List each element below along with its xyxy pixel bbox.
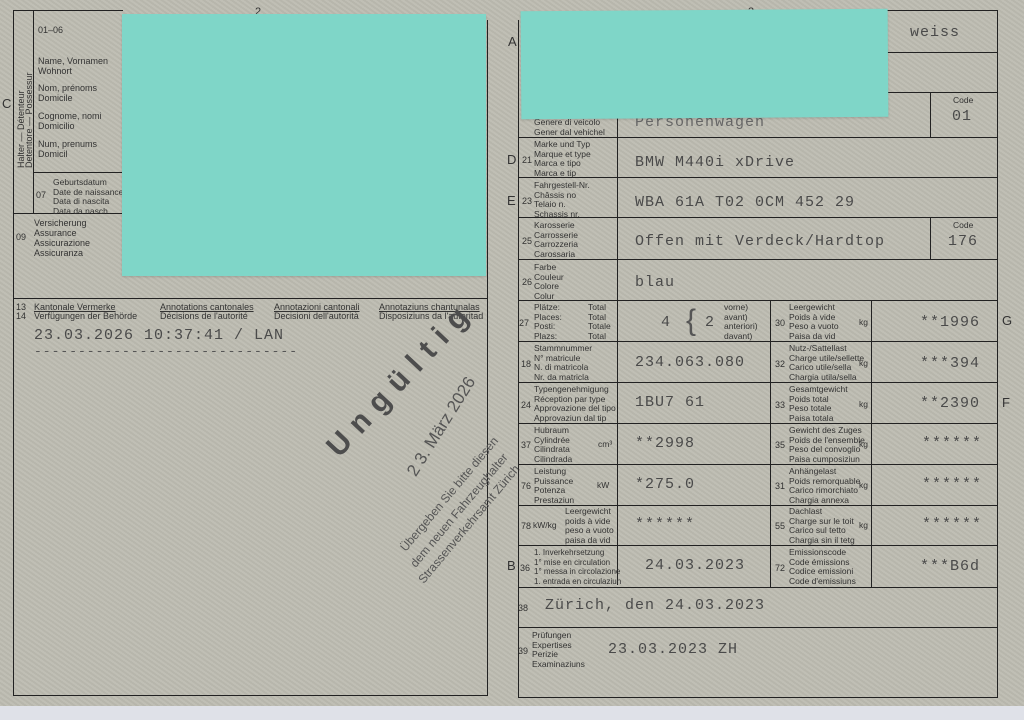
code-divider	[930, 217, 931, 259]
field-07-number: 07	[36, 190, 46, 200]
field-35-number: 35	[775, 440, 785, 450]
right-frame	[518, 697, 997, 698]
left-frame	[487, 20, 488, 696]
field-37-unit: cm³	[598, 440, 612, 450]
field-24-value: 1BU7 61	[635, 394, 705, 411]
right-frame	[887, 10, 997, 11]
field-33-number: 33	[775, 400, 785, 410]
field-24-labels: TypengenehmigungRéception par type Appro…	[534, 385, 616, 423]
field-39-number: 39	[518, 646, 528, 656]
name-label: Name, VornamenWohnort	[38, 56, 108, 76]
redaction-patch-left	[122, 14, 486, 276]
field-36-labels: 1. Inverkehrsetzung1° mise en circulatio…	[534, 548, 621, 586]
field-39-labels: PrüfungenExpertises PerizieExaminaziuns	[532, 631, 585, 669]
field-35-labels: Gewicht des ZugesPoids de l'ensemble Pes…	[789, 426, 865, 464]
field-32-labels: Nutz-/SattellastCharge utile/sellette Ca…	[789, 344, 864, 382]
field-27-number: 27	[519, 318, 529, 328]
field-30-number: 30	[775, 318, 785, 328]
field-09-number: 09	[16, 232, 26, 242]
field-23-value: WBA 61A T02 0CM 452 29	[635, 194, 855, 211]
row-divider	[518, 464, 997, 465]
field-76-value: *275.0	[635, 476, 695, 493]
field-30-labels: LeergewichtPoids à vide Peso a vuotoPais…	[789, 303, 839, 341]
row-divider	[518, 259, 997, 260]
field-27-front-value: 2	[705, 314, 715, 331]
field-27-labels: Plätze:Places: Posti:Plazs:	[534, 303, 562, 341]
field-01-06: 01–06	[38, 25, 63, 35]
field-07-divider	[33, 172, 123, 173]
background-strip	[0, 706, 1024, 720]
field-18-number: 18	[521, 359, 531, 369]
holder-vertical-label-2: Detentore — Possessur	[24, 72, 34, 168]
row-divider	[518, 382, 997, 383]
field-31-unit: kg	[859, 481, 868, 491]
marker-a: A	[508, 34, 517, 49]
field-21-number: 21	[522, 155, 532, 165]
field-37-number: 37	[521, 440, 531, 450]
field-14-label-fr: Décisions de l'autorité	[160, 311, 248, 321]
field-36-number: 36	[520, 563, 530, 573]
field-78-unit: kW/kg	[533, 521, 557, 531]
field-33-unit: kg	[859, 400, 868, 410]
field-27-value: 4	[661, 314, 671, 331]
row-divider	[518, 217, 997, 218]
field-78-value: ******	[635, 516, 695, 533]
field-27-front-labels: vorne)avant) anteriori)davant)	[724, 303, 758, 341]
field-18-labels: StammnummerN° matricule N. di matricolaN…	[534, 344, 592, 382]
field-39-value: 23.03.2023 ZH	[608, 641, 738, 658]
marker-g: G	[1002, 313, 1012, 328]
row-divider	[887, 92, 997, 93]
field-14-label-de: Verfügungen der Behörde	[34, 311, 137, 321]
right-frame	[518, 20, 519, 697]
field-72-number: 72	[775, 563, 785, 573]
field-30-value: **1996	[920, 314, 980, 331]
field-23-number: 23	[522, 196, 532, 206]
field-25-value: Offen mit Verdeck/Hardtop	[635, 233, 885, 250]
field-27-totals: TotalTotal TotaleTotal	[588, 303, 611, 341]
brace: {	[686, 304, 696, 338]
field-55-labels: DachlastCharge sur le toit Carico sul te…	[789, 507, 855, 545]
right-frame	[997, 10, 998, 698]
field-19-code: 01	[952, 108, 972, 125]
field-78-number: 78	[521, 521, 531, 531]
name-label-rm: Num, prenumsDomicil	[38, 139, 97, 159]
field-26-labels: FarbeCouleur ColoreColur	[534, 263, 564, 301]
row-divider	[887, 52, 997, 53]
row-divider	[518, 300, 997, 301]
row-divider	[518, 423, 997, 424]
field-31-number: 31	[775, 481, 785, 491]
row-divider	[518, 587, 997, 588]
field-25-labels: KarosserieCarrosserie CarrozzeriaCarossa…	[534, 221, 578, 259]
field-72-labels: EmissionscodeCode émissions Codice emiss…	[789, 548, 856, 586]
name-label-it: Cognome, nomiDomicilio	[38, 111, 102, 131]
row-divider	[518, 545, 997, 546]
row-divider	[518, 137, 997, 138]
field-32-number: 32	[775, 359, 785, 369]
field-32-unit: kg	[859, 359, 868, 369]
field-19-code-label: Code	[953, 96, 973, 106]
field-72-value: ***B6d	[920, 558, 980, 575]
field-33-value: **2390	[920, 395, 980, 412]
weights-column-divider	[770, 300, 771, 587]
field-36-value: 24.03.2023	[645, 557, 745, 574]
field-31-value: ******	[922, 476, 982, 493]
label-column-divider	[617, 95, 618, 585]
name-label-fr: Nom, prénomsDomicile	[38, 83, 97, 103]
field-19-labels: Genere di veicoloGener dal vehichel	[534, 118, 605, 137]
annotation-dashes: ------------------------------	[34, 344, 298, 359]
field-37-value: **2998	[635, 435, 695, 452]
field-76-labels: LeistungPuissance PotenzaPrestaziun	[534, 467, 574, 505]
field-55-value: ******	[922, 516, 982, 533]
field-07-labels: GeburtsdatumDate de naissance Data di na…	[53, 178, 123, 216]
field-23-labels: Fahrgestell-Nr.Châssis no Telaio n.Schas…	[534, 181, 590, 219]
field-35-value: ******	[922, 435, 982, 452]
field-78-labels: Leergewichtpoids à vide peso a vuotopais…	[565, 507, 614, 545]
field-24-number: 24	[521, 400, 531, 410]
marker-e: E	[507, 193, 516, 208]
field-14-number: 14	[16, 311, 26, 321]
field-33-labels: GesamtgewichtPoids total Peso totalePais…	[789, 385, 848, 423]
field-31-labels: AnhängelastPoids remorquable Carico rimo…	[789, 467, 860, 505]
field-38-value: Zürich, den 24.03.2023	[545, 597, 765, 614]
row-divider	[518, 341, 997, 342]
marker-f: F	[1002, 395, 1010, 410]
colour-top-value: weiss	[910, 24, 960, 41]
field-35-unit: kg	[859, 440, 868, 450]
left-frame	[13, 695, 487, 696]
field-55-number: 55	[775, 521, 785, 531]
field-09-labels: VersicherungAssurance AssicurazioneAssic…	[34, 218, 90, 258]
field-32-value: ***394	[920, 355, 980, 372]
field-25-code: 176	[948, 233, 978, 250]
field-26-value: blau	[635, 274, 675, 291]
field-13-divider	[13, 298, 487, 299]
field-14-label-it: Decisioni dell'autorità	[274, 311, 359, 321]
field-76-number: 76	[521, 481, 531, 491]
field-37-labels: HubraumCylindrée CilindrataCilindrada	[534, 426, 572, 464]
annotation-value: 23.03.2026 10:37:41 / LAN	[34, 327, 284, 344]
field-18-value: 234.063.080	[635, 354, 745, 371]
marker-b: B	[507, 558, 516, 573]
field-38-number: 38	[518, 603, 528, 613]
field-25-code-label: Code	[953, 221, 973, 231]
redaction-patch-right	[521, 9, 889, 120]
weights-value-divider	[871, 300, 872, 587]
marker-c: C	[2, 96, 11, 111]
left-frame	[13, 10, 123, 11]
field-30-unit: kg	[859, 318, 868, 328]
field-26-number: 26	[522, 277, 532, 287]
left-frame	[13, 10, 14, 695]
field-76-unit: kW	[597, 481, 609, 491]
code-divider	[930, 92, 931, 137]
field-25-number: 25	[522, 236, 532, 246]
field-55-unit: kg	[859, 521, 868, 531]
marker-d: D	[507, 152, 516, 167]
field-21-labels: Marke und TypMarque et type Marca e tipo…	[534, 140, 591, 178]
row-divider	[518, 627, 997, 628]
field-21-value: BMW M440i xDrive	[635, 154, 795, 171]
